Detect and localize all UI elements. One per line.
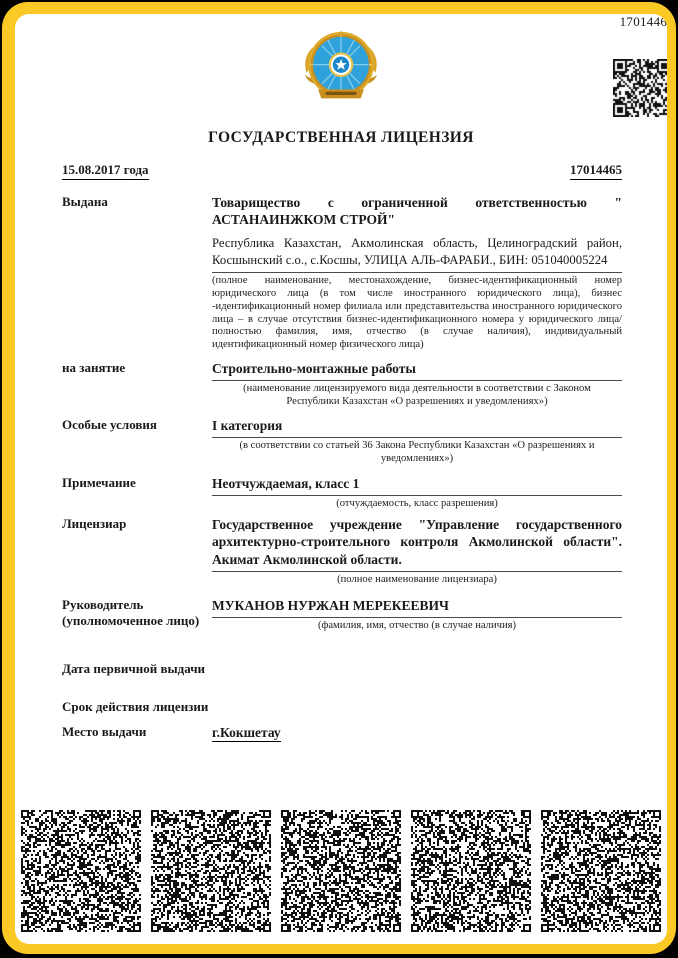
document-title: ГОСУДАРСТВЕННАЯ ЛИЦЕНЗИЯ [15,129,667,147]
kazakhstan-emblem-icon [300,27,382,109]
field-issued-to: Выдана Товарищество с ограниченной ответ… [62,194,622,352]
field-remark: Примечание Неотчуждаемая, класс 1 (отчуж… [62,475,622,511]
field-label: Лицензиар [62,516,212,586]
field-issue-place: Место выдачи г.Кокшетау [62,724,622,742]
barcode-block-icon [541,810,661,932]
issued-company-line1: Товарищество с ограниченной ответственно… [212,194,622,211]
issued-company-address: Республика Казахстан, Акмолинская област… [212,235,622,268]
field-label-line1: Руководитель [62,597,212,613]
field-label-line2: (уполномоченное лицо) [62,613,212,629]
qr-code-icon [613,59,667,117]
field-activity: на занятие Строительно-монтажные работы … [62,360,622,409]
license-page: 17014465 [15,14,667,944]
special-conditions-footnote: (в соответствии со статьей 36 Закона Рес… [212,440,622,466]
document-yellow-frame: 17014465 [2,2,676,954]
field-head: Руководитель (уполномоченное лицо) МУКАН… [62,597,622,633]
issued-company-line2: АСТАНАИНЖКОМ СТРОЙ" [212,211,622,228]
corner-license-number: 17014465 [620,14,667,30]
licensor-value: Государственное учреждение "Управление г… [212,516,622,571]
field-label: Выдана [62,194,212,352]
license-document: { "colors": { "frame_yellow": "#FBC926",… [0,0,678,958]
field-label: Срок действия лицензии [62,699,212,715]
issue-place-value: г.Кокшетау [212,725,281,742]
barcode-block-icon [411,810,531,932]
head-name-value: МУКАНОВ НУРЖАН МЕРЕКЕЕВИЧ [212,597,622,618]
field-label: на занятие [62,360,212,409]
license-number: 17014465 [570,162,622,180]
barcode-block-icon [21,810,141,932]
special-conditions-value: I категория [212,417,622,438]
barcode-block-icon [281,810,401,932]
barcode-strip [21,810,661,932]
field-label: Примечание [62,475,212,511]
field-licensor: Лицензиар Государственное учреждение "Уп… [62,516,622,586]
field-validity-period: Срок действия лицензии [62,699,622,715]
activity-value: Строительно-монтажные работы [212,360,622,381]
remark-footnote: (отчуждаемость, класс разрешения) [212,498,622,511]
issued-footnote: (полное наименование, местонахождение, б… [212,272,622,353]
field-label: Особые условия [62,417,212,466]
licensor-footnote: (полное наименование лицензиара) [212,574,622,587]
barcode-block-icon [151,810,271,932]
issue-date: 15.08.2017 года [62,162,149,180]
fields-section: Выдана Товарищество с ограниченной ответ… [62,194,622,742]
field-label: Место выдачи [62,724,212,742]
remark-value: Неотчуждаемая, класс 1 [212,475,622,496]
field-special-conditions: Особые условия I категория (в соответств… [62,417,622,466]
activity-footnote: (наименование лицензируемого вида деятел… [212,383,622,409]
field-label: Дата первичной выдачи [62,661,622,677]
head-footnote: (фамилия, имя, отчество (в случае наличи… [212,620,622,633]
field-first-issue-date: Дата первичной выдачи [62,661,622,677]
date-number-row: 15.08.2017 года 17014465 [62,162,622,180]
